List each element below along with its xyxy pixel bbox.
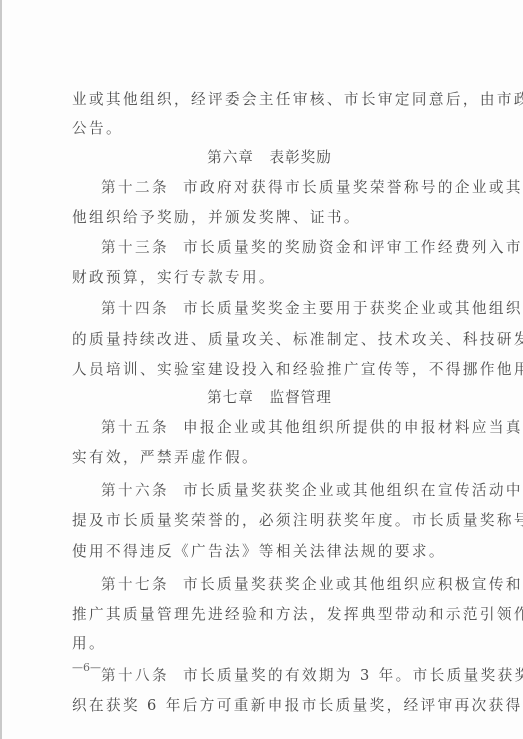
article-label: 第十三条 <box>101 239 169 256</box>
article-label: 第十八条 <box>101 667 169 684</box>
body-line: 的质量持续改进、质量攻关、标准制定、技术攻关、科技研发和 <box>72 331 523 349</box>
article-18: 第十八条市长质量奖的有效期为 3 年。市长质量奖获奖组 <box>101 667 523 685</box>
article-12: 第十二条市政府对获得市长质量奖荣誉称号的企业或其 <box>101 179 523 197</box>
article-16: 第十六条市长质量奖获奖企业或其他组织在宣传活动中 <box>101 482 523 500</box>
body-line: 织在获奖 6 年后方可重新申报市长质量奖，经评审再次获得市长 <box>72 697 523 715</box>
article-text: 市长质量奖获奖企业或其他组织应积极宣传和 <box>183 576 523 593</box>
article-text: 市政府对获得市长质量奖荣誉称号的企业或其 <box>183 179 523 196</box>
body-line: 使用不得违反《广告法》等相关法律法规的要求。 <box>72 543 446 561</box>
page-number: —6— <box>72 661 101 674</box>
article-label: 第十二条 <box>101 179 169 196</box>
article-13: 第十三条市长质量奖的奖励资金和评审工作经费列入市 <box>101 239 523 257</box>
article-label: 第十七条 <box>101 576 169 593</box>
article-text: 市长质量奖的奖励资金和评审工作经费列入市 <box>183 239 523 256</box>
body-line: 提及市长质量奖荣誉的，必须注明获奖年度。市长质量奖称号的 <box>72 512 523 530</box>
body-line: 人员培训、实验室建设投入和经验推广宣传等，不得挪作他用。 <box>72 361 523 379</box>
body-line: 用。 <box>72 635 106 653</box>
chapter-heading: 第六章 表彰奖励 <box>72 149 467 167</box>
body-line: 实有效，严禁弄虚作假。 <box>72 449 259 467</box>
body-line: 业或其他组织，经评委会主任审核、市长审定同意后，由市政府 <box>72 91 523 109</box>
article-label: 第十五条 <box>101 419 169 436</box>
article-14: 第十四条市长质量奖奖金主要用于获奖企业或其他组织 <box>101 300 523 318</box>
article-17: 第十七条市长质量奖获奖企业或其他组织应积极宣传和 <box>101 576 523 594</box>
body-line: 推广其质量管理先进经验和方法，发挥典型带动和示范引领作 <box>72 606 523 624</box>
article-label: 第十四条 <box>101 300 169 317</box>
body-line: 财政预算，实行专款专用。 <box>72 269 276 287</box>
article-label: 第十六条 <box>101 482 169 499</box>
body-line: 公告。 <box>72 120 123 138</box>
article-text: 市长质量奖获奖企业或其他组织在宣传活动中 <box>183 482 523 499</box>
article-15: 第十五条申报企业或其他组织所提供的申报材料应当真 <box>101 419 523 437</box>
article-text: 市长质量奖奖金主要用于获奖企业或其他组织 <box>183 300 523 317</box>
chapter-heading: 第七章 监督管理 <box>72 389 467 407</box>
scan-left-edge <box>0 0 2 739</box>
article-text: 申报企业或其他组织所提供的申报材料应当真 <box>183 419 523 436</box>
body-line: 他组织给予奖励，并颁发奖牌、证书。 <box>72 209 361 227</box>
article-text: 市长质量奖的有效期为 3 年。市长质量奖获奖组 <box>183 667 523 684</box>
